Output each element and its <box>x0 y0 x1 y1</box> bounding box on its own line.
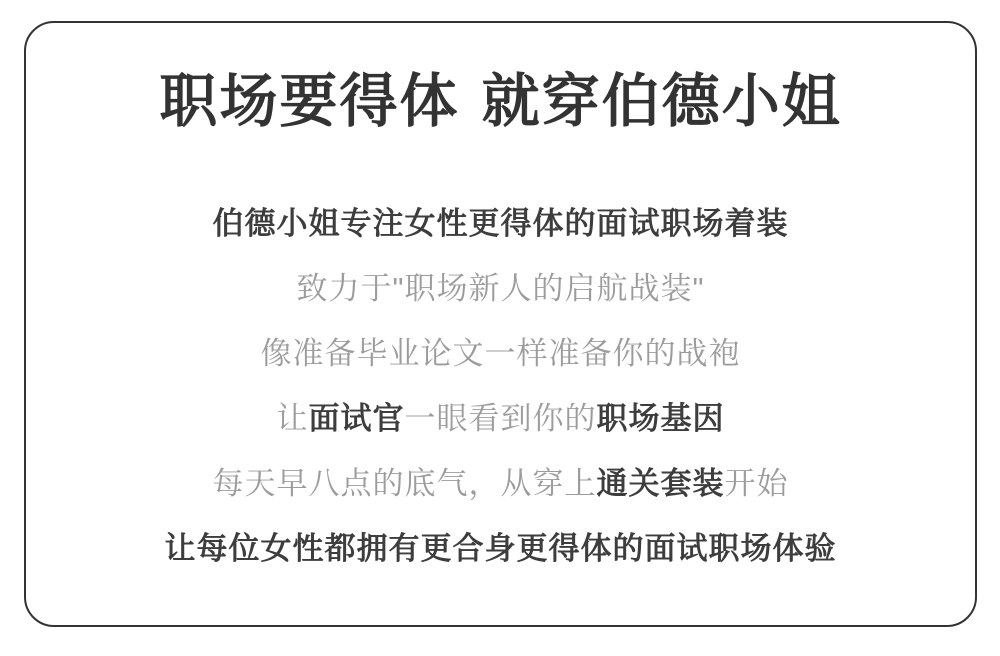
text-segment: 职场基因 <box>597 401 725 436</box>
tagline-line: 让每位女性都拥有更合身更得体的面试职场体验 <box>26 516 975 581</box>
text-segment: 开始 <box>725 466 789 501</box>
page: 职场要得体 就穿伯德小姐 伯德小姐专注女性更得体的面试职场着装 致力于"职场新人… <box>0 0 1000 656</box>
tagline-line: 致力于"职场新人的启航战装" <box>26 256 975 321</box>
tagline-line: 伯德小姐专注女性更得体的面试职场着装 <box>26 191 975 256</box>
text-segment: 伯德小姐专注女性更得体的面试职场着装 <box>213 206 789 241</box>
text-segment: 让 <box>277 401 309 436</box>
tagline-list: 伯德小姐专注女性更得体的面试职场着装 致力于"职场新人的启航战装" 像准备毕业论… <box>26 191 975 581</box>
text-segment: 通关套装 <box>597 466 725 501</box>
page-title: 职场要得体 就穿伯德小姐 <box>26 67 975 137</box>
tagline-line: 像准备毕业论文一样准备你的战袍 <box>26 321 975 386</box>
tagline-line: 让面试官一眼看到你的职场基因 <box>26 386 975 451</box>
text-segment: 像准备毕业论文一样准备你的战袍 <box>261 336 741 371</box>
text-segment: 一眼看到你的 <box>405 401 597 436</box>
text-segment: 让每位女性都拥有更合身更得体的面试职场体验 <box>165 531 837 566</box>
text-segment: 面试官 <box>309 401 405 436</box>
text-segment: 致力于"职场新人的启航战装" <box>296 271 704 306</box>
tagline-line: 每天早八点的底气，从穿上通关套装开始 <box>26 451 975 516</box>
text-segment: 每天早八点的底气，从穿上 <box>213 466 597 501</box>
brand-intro-card: 职场要得体 就穿伯德小姐 伯德小姐专注女性更得体的面试职场着装 致力于"职场新人… <box>24 21 977 627</box>
